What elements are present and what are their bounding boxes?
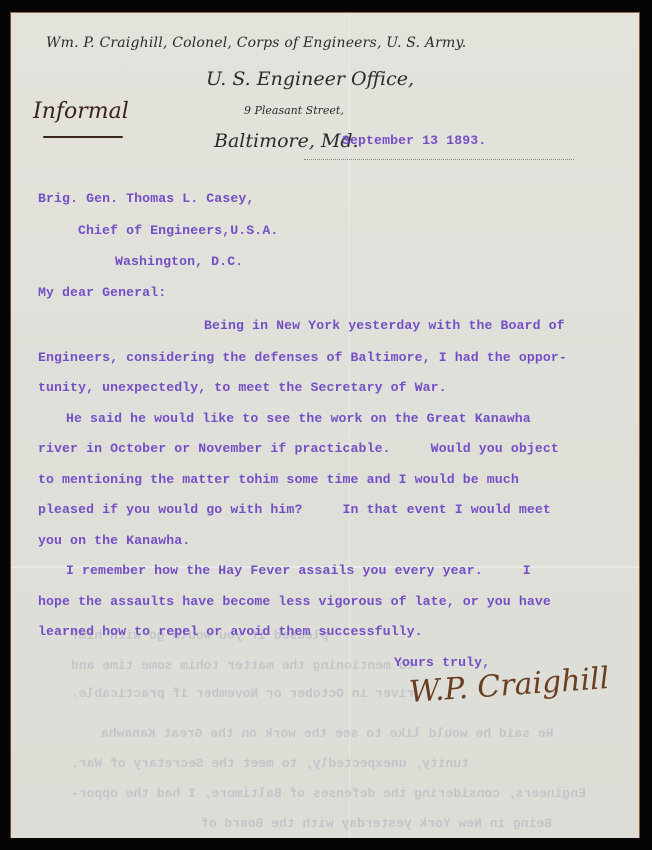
body-line: learned how to repel or avoid them succe… — [38, 624, 423, 639]
bleed-through-line: He said he would like to see the work on… — [101, 726, 553, 741]
body-line: hope the assaults have become less vigor… — [38, 594, 551, 609]
date-rule — [304, 159, 574, 160]
body-line: you on the Kanawha. — [38, 533, 190, 548]
body-line: He said he would like to see the work on… — [66, 411, 531, 426]
letter-date: September 13 1893. — [342, 133, 486, 148]
salutation: My dear General: — [38, 285, 166, 300]
letterhead-office: U. S. Engineer Office, — [206, 68, 414, 90]
letterhead-street: 9 Pleasant Street, — [244, 104, 344, 117]
annotation-underline — [43, 136, 123, 138]
bleed-through-line: to mentioning the matter tohim some time… — [71, 658, 414, 673]
closing: Yours truly, — [394, 655, 490, 670]
letter-page: pleased if you would go with him? to men… — [10, 12, 640, 838]
body-line: river in October or November if practica… — [38, 441, 559, 456]
bleed-through-line: river in October or November if practica… — [71, 686, 414, 701]
letterhead-city: Baltimore, Md. — [214, 130, 359, 152]
recipient-title: Chief of Engineers,U.S.A. — [78, 223, 278, 238]
bleed-through-line: Engineers, considering the defenses of B… — [71, 786, 586, 801]
body-line: pleased if you would go with him? In tha… — [38, 502, 551, 517]
body-line: Being in New York yesterday with the Boa… — [204, 318, 565, 333]
body-line: I remember how the Hay Fever assails you… — [66, 563, 531, 578]
letterhead-sender: Wm. P. Craighill, Colonel, Corps of Engi… — [46, 35, 466, 51]
bleed-through-line: tunity, unexpectedly, to meet the Secret… — [71, 756, 469, 771]
body-line: tunity, unexpectedly, to meet the Secret… — [38, 380, 447, 395]
recipient-city: Washington, D.C. — [115, 254, 243, 269]
body-line: Engineers, considering the defenses of B… — [38, 350, 567, 365]
bleed-through-line: Being in New York yesterday with the Boa… — [201, 816, 552, 831]
body-line: to mentioning the matter tohim some time… — [38, 472, 519, 487]
handwritten-annotation: Informal — [33, 99, 129, 124]
recipient-name: Brig. Gen. Thomas L. Casey, — [38, 191, 254, 206]
